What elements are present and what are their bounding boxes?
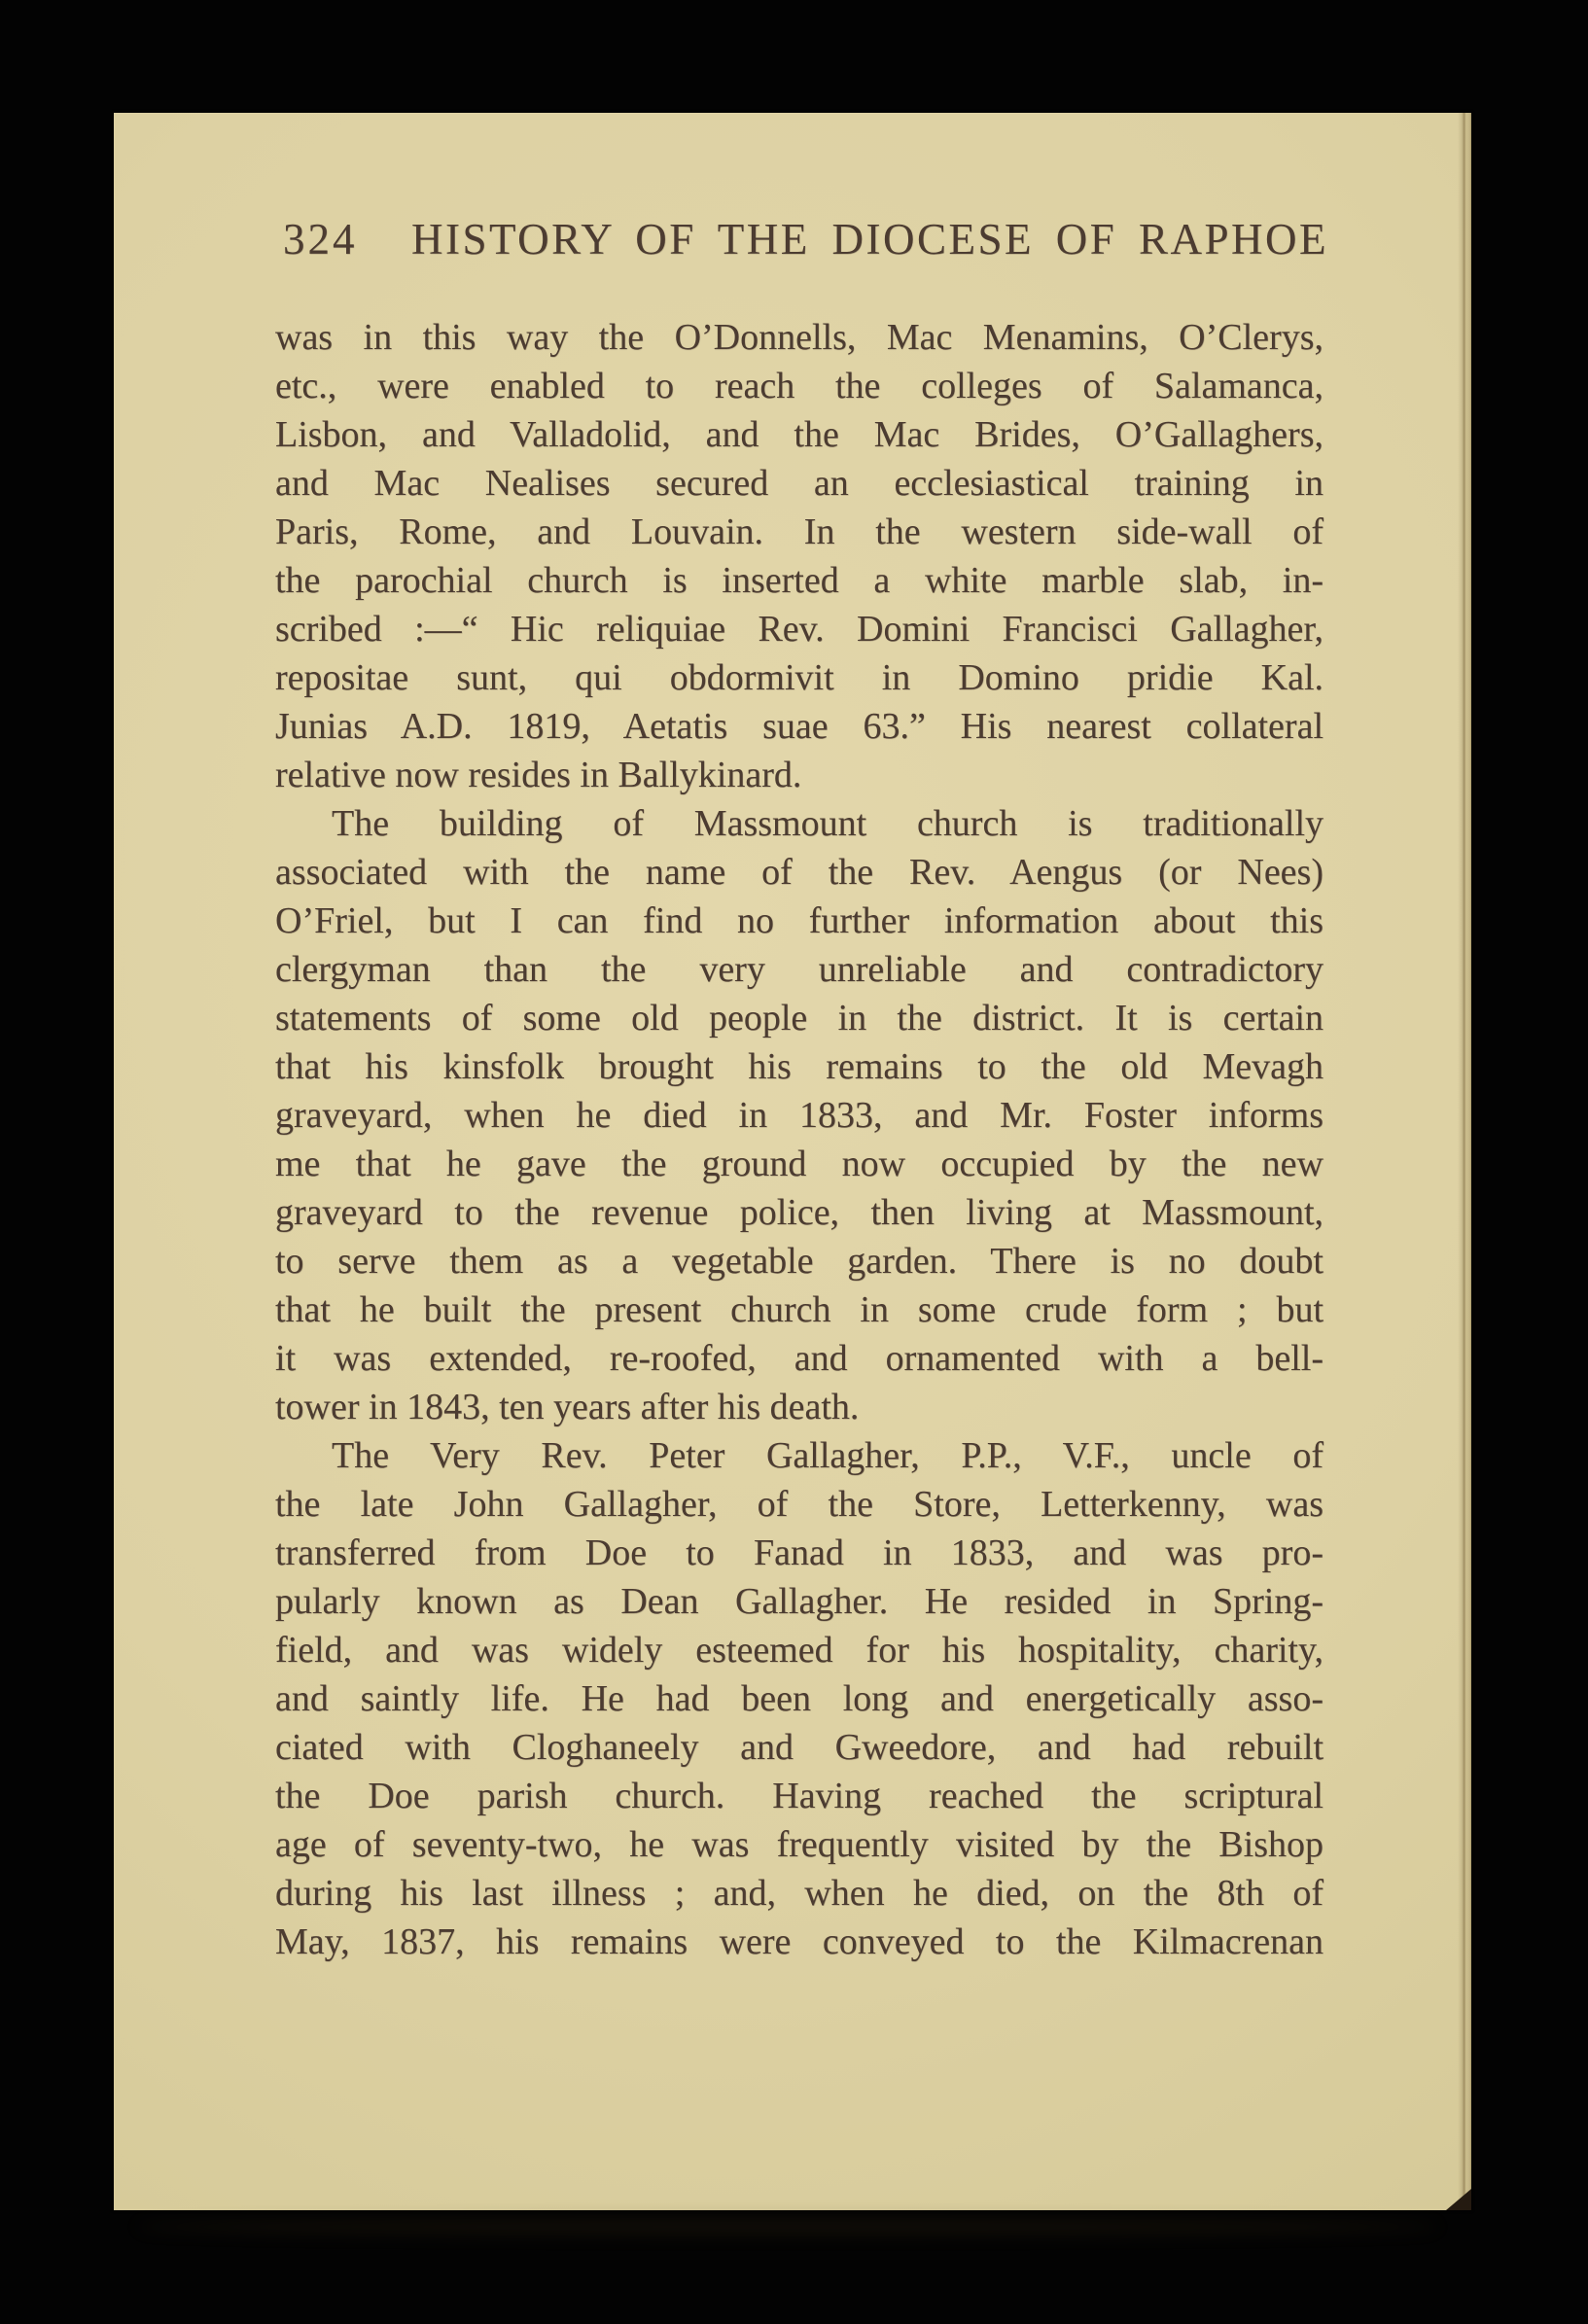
text-line: repositae sunt, qui obdormivit in Domino… [275, 653, 1323, 702]
text-line: graveyard, when he died in 1833, and Mr.… [275, 1091, 1323, 1140]
text-line: Junias A.D. 1819, Aetatis suae 63.” His … [275, 702, 1323, 751]
text-line: ciated with Cloghaneely and Gweedore, an… [275, 1723, 1323, 1772]
text-line: statements of some old people in the dis… [275, 994, 1323, 1042]
book-page: 324 HISTORY OF THE DIOCESE OF RAPHOE was… [114, 113, 1471, 2210]
page-corner-fold [1446, 2189, 1471, 2210]
text-line: field, and was widely esteemed for his h… [275, 1626, 1323, 1674]
text-line: the parochial church is inserted a white… [275, 556, 1323, 605]
page-number: 324 [283, 214, 358, 264]
page-header: 324 HISTORY OF THE DIOCESE OF RAPHOE [275, 214, 1323, 270]
text-line: etc., were enabled to reach the colleges… [275, 362, 1323, 410]
text-line: graveyard to the revenue police, then li… [275, 1188, 1323, 1237]
text-line: me that he gave the ground now occupied … [275, 1140, 1323, 1188]
text-line: the Doe parish church. Having reached th… [275, 1772, 1323, 1820]
text-line: and Mac Nealises secured an ecclesiastic… [275, 459, 1323, 508]
page-stack-edge [1458, 113, 1471, 2210]
text-line: O’Friel, but I can find no further infor… [275, 897, 1323, 945]
running-title: HISTORY OF THE DIOCESE OF RAPHOE [411, 214, 1328, 264]
screenshot-root: { "document": { "type": "scanned-book-pa… [0, 0, 1588, 2324]
text-line: clergyman than the very unreliable and c… [275, 945, 1323, 994]
text-line: the late John Gallagher, of the Store, L… [275, 1480, 1323, 1529]
text-line: The Very Rev. Peter Gallagher, P.P., V.F… [275, 1431, 1323, 1480]
text-line: scribed :—“ Hic reliquiae Rev. Domini Fr… [275, 605, 1323, 653]
text-line: The building of Massmount church is trad… [275, 799, 1323, 848]
text-line: to serve them as a vegetable garden. The… [275, 1237, 1323, 1285]
text-line: May, 1837, his remains were conveyed to … [275, 1918, 1323, 1966]
text-line: during his last illness ; and, when he d… [275, 1869, 1323, 1918]
text-line: relative now resides in Ballykinard. [275, 751, 1323, 799]
text-line: that his kinsfolk brought his remains to… [275, 1042, 1323, 1091]
body-text: was in this way the O’Donnells, Mac Mena… [275, 313, 1323, 1966]
text-line: age of seventy-two, he was frequently vi… [275, 1820, 1323, 1869]
text-line: tower in 1843, ten years after his death… [275, 1383, 1323, 1431]
text-line: Lisbon, and Valladolid, and the Mac Brid… [275, 410, 1323, 459]
page-bottom-shadow [136, 2219, 1439, 2235]
text-line: Paris, Rome, and Louvain. In the western… [275, 508, 1323, 556]
text-line: transferred from Doe to Fanad in 1833, a… [275, 1529, 1323, 1577]
text-line: associated with the name of the Rev. Aen… [275, 848, 1323, 897]
text-line: it was extended, re-roofed, and ornament… [275, 1334, 1323, 1383]
text-line: and saintly life. He had been long and e… [275, 1674, 1323, 1723]
text-line: pularly known as Dean Gallagher. He resi… [275, 1577, 1323, 1626]
text-line: that he built the present church in some… [275, 1285, 1323, 1334]
text-line: was in this way the O’Donnells, Mac Mena… [275, 313, 1323, 362]
